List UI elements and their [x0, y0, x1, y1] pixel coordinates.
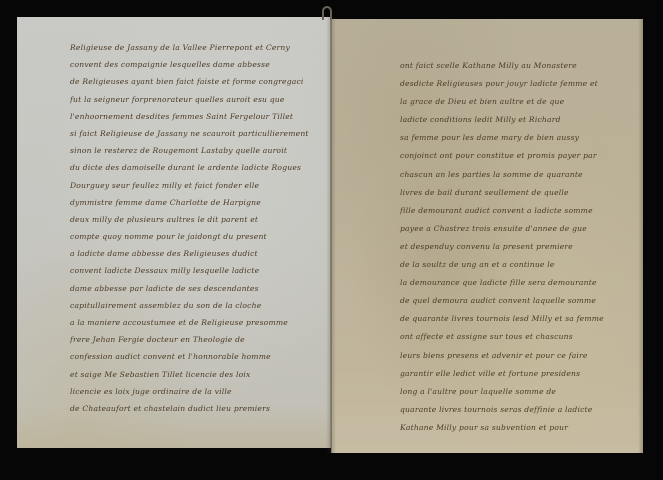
- manuscript-line: licencie es loix juge ordinaire de la vi…: [70, 383, 322, 400]
- right-page-text: ont faict scelle Kathane Milly au Monast…: [400, 57, 640, 437]
- manuscript-line: chascun an les parties la somme de quara…: [400, 166, 640, 184]
- manuscript-line: long a l'aultre pour laquelle somme de: [400, 383, 640, 401]
- manuscript-line: a la maniere accoustumee et de Religieus…: [70, 314, 322, 331]
- manuscript-line: convent des compaignie lesquelles dame a…: [70, 56, 322, 73]
- manuscript-line: et saige Me Sebastien Tillet licencie de…: [70, 366, 322, 383]
- manuscript-line: si faict Religieuse de Jassany ne scauro…: [70, 125, 322, 142]
- manuscript-line: ont affecte et assigne sur tous et chasc…: [400, 328, 640, 346]
- manuscript-line: confession audict convent et l'honnorabl…: [70, 348, 322, 365]
- manuscript-line: de quarante livres tournois lesd Milly e…: [400, 310, 640, 328]
- left-page-text: Religieuse de Jassany de la Vallee Pierr…: [70, 39, 322, 417]
- manuscript-line: dymmistre femme dame Charlotte de Harpig…: [70, 194, 322, 211]
- manuscript-line: Religieuse de Jassany de la Vallee Pierr…: [70, 39, 322, 56]
- manuscript-line: fille demourant audict convent a ladicte…: [400, 202, 640, 220]
- manuscript-line: ont faict scelle Kathane Milly au Monast…: [400, 57, 640, 75]
- manuscript-line: deux milly de plusieurs aultres le dit p…: [70, 211, 322, 228]
- manuscript-line: sinon le resterez de Rougemont Lastaby q…: [70, 142, 322, 159]
- manuscript-line: de la soultz de ung an et a continue le: [400, 256, 640, 274]
- manuscript-line: fut la seigneur forprenorateur quelles a…: [70, 91, 322, 108]
- manuscript-line: garantir elle ledict ville et fortune pr…: [400, 365, 640, 383]
- manuscript-line: Dourguey seur feullez milly et faict fon…: [70, 177, 322, 194]
- manuscript-line: quarante livres tournois seras deffinie …: [400, 401, 640, 419]
- manuscript-line: la grace de Dieu et bien aultre et de qu…: [400, 93, 640, 111]
- manuscript-line: l'enhoornement desdites femmes Saint Fer…: [70, 108, 322, 125]
- manuscript-line: dame abbesse par ladicte de ses descenda…: [70, 280, 322, 297]
- manuscript-line: de Religieuses ayant bien faict faiste e…: [70, 73, 322, 90]
- manuscript-line: compte quoy nomme pour le jaidongt du pr…: [70, 228, 322, 245]
- manuscript-line: et despenduy convenu la present premiere: [400, 238, 640, 256]
- manuscript-line: capitullairement assemblez du son de la …: [70, 297, 322, 314]
- manuscript-line: conjoinct ont pour constitue et promis p…: [400, 147, 640, 165]
- manuscript-line: ladicte conditions ledit Milly et Richar…: [400, 111, 640, 129]
- manuscript-line: Kathane Milly pour sa subvention et pour: [400, 419, 640, 437]
- manuscript-line: frere Jehan Fergie docteur en Theologie …: [70, 331, 322, 348]
- manuscript-line: de quel demoura audict convent laquelle …: [400, 292, 640, 310]
- manuscript-line: livres de bail durant seullement de quel…: [400, 184, 640, 202]
- manuscript-line: de Chateaufort et chastelain dudict lieu…: [70, 400, 322, 417]
- manuscript-line: sa femme pour les dame mary de bien auss…: [400, 129, 640, 147]
- binding-thread: [322, 6, 332, 20]
- manuscript-line: payee a Chastrez trois ensuite d'annee d…: [400, 220, 640, 238]
- manuscript-line: convent ladicte Dessaux milly lesquelle …: [70, 262, 322, 279]
- manuscript-line: la demourance que ladicte fille sera dem…: [400, 274, 640, 292]
- manuscript-line: du dicte des damoiselle durant le ardent…: [70, 159, 322, 176]
- manuscript-line: desdicte Religieuses pour jouyr ladicte …: [400, 75, 640, 93]
- manuscript-scan: Religieuse de Jassany de la Vallee Pierr…: [0, 0, 663, 480]
- manuscript-line: leurs biens presens et advenir et pour c…: [400, 347, 640, 365]
- book-spine: [326, 17, 336, 453]
- manuscript-line: a ladicte dame abbesse des Religieuses d…: [70, 245, 322, 262]
